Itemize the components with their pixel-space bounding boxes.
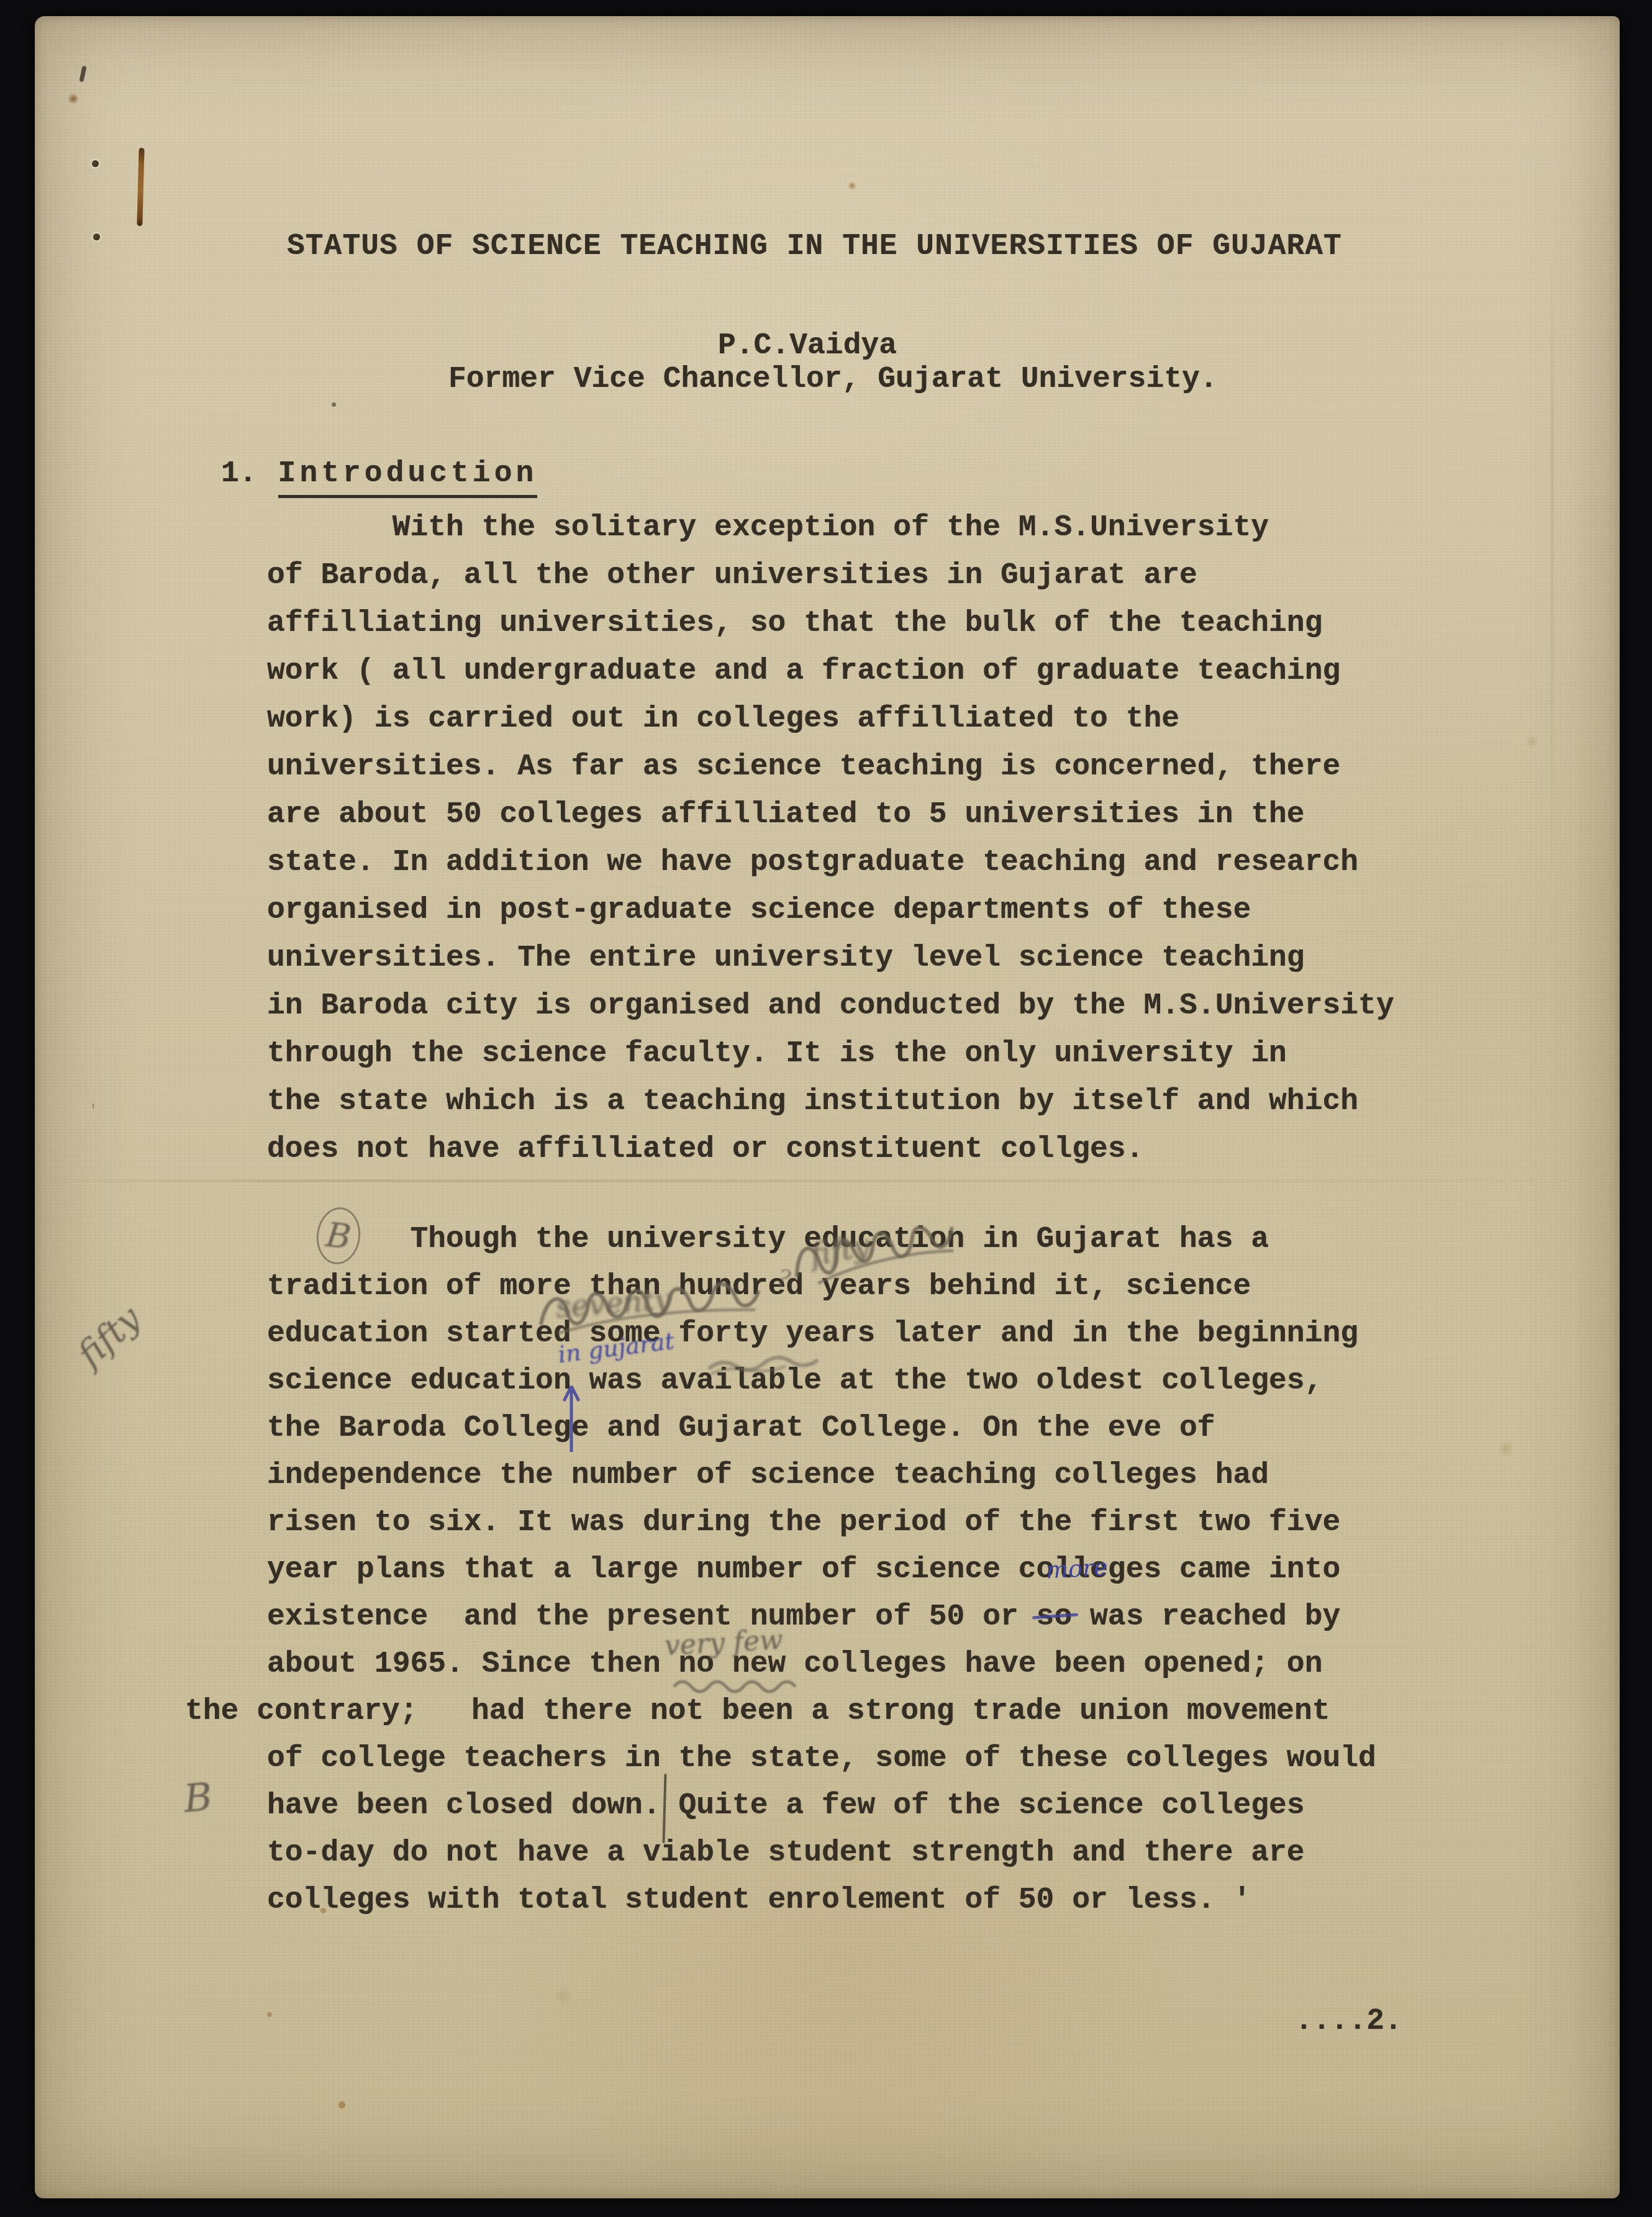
author-role: Former Vice Chancellor, Gujarat Universi… — [448, 363, 1218, 396]
text-line: universities. As far as science teaching… — [267, 743, 1394, 791]
margin-mark-b: B — [182, 1774, 214, 1821]
paper-crease-horizontal — [37, 1180, 1617, 1182]
text-line: through the science faculty. It is the o… — [267, 1030, 1394, 1078]
text-line: education started some forty years later… — [267, 1310, 1376, 1358]
paper-crease-vertical — [1551, 261, 1553, 869]
text-line: to-day do not have a viable student stre… — [267, 1829, 1376, 1877]
text-line: organised in post-graduate science depar… — [267, 887, 1394, 935]
pencil-speck: ' — [91, 1100, 96, 1122]
text-line: have been closed down. Quite a few of th… — [267, 1782, 1376, 1829]
scan-photo: { "doc": { "title": "STATUS OF SCIENCE T… — [0, 0, 1652, 2217]
staple-hole — [92, 160, 99, 167]
text-line: affilliating universities, so that the b… — [267, 600, 1394, 648]
pencil-letter-b: B — [324, 1215, 353, 1256]
text-line: of Baroda, all the other universities in… — [267, 552, 1394, 600]
blue-replace-more: more — [1045, 1553, 1109, 1584]
section-number: 1. — [221, 457, 257, 491]
pencil-smudge-icon — [705, 1353, 826, 1377]
text-line: work) is carried out in colleges affilli… — [267, 696, 1394, 743]
text-line: the Baroda College and Gujarat College. … — [267, 1405, 1376, 1452]
text-line: independence the number of science teach… — [267, 1452, 1376, 1499]
text-line: of college teachers in the state, some o… — [267, 1735, 1376, 1782]
text-line: the state which is a teaching institutio… — [267, 1078, 1394, 1126]
text-line: the contrary; had there not been a stron… — [185, 1688, 1376, 1735]
text-line: are about 50 colleges affilliated to 5 u… — [267, 791, 1394, 839]
pencil-underline-squiggle-icon — [671, 1677, 807, 1694]
text-line: work ( all undergraduate and a fraction … — [267, 648, 1394, 696]
text-line: universities. The entire university leve… — [267, 935, 1394, 982]
text-line: colleges with total student enrolement o… — [267, 1877, 1376, 1924]
text-line: state. In addition we have postgraduate … — [267, 839, 1394, 887]
ink-speck — [332, 402, 336, 407]
section-heading: Introduction — [278, 457, 538, 498]
text-line: year plans that a large number of scienc… — [267, 1546, 1376, 1594]
text-line: With the solitary exception of the M.S.U… — [267, 504, 1394, 552]
staple-hole — [93, 233, 100, 240]
document-title: STATUS OF SCIENCE TEACHING IN THE UNIVER… — [287, 230, 1342, 263]
text-line: in Baroda city is organised and conducte… — [267, 982, 1394, 1030]
text-line: does not have affilliated or constituent… — [267, 1126, 1394, 1174]
author-name: P.C.Vaidya — [718, 329, 897, 363]
page-number: ....2. — [1295, 2005, 1402, 2038]
text-line: existence and the present number of 50 o… — [267, 1594, 1376, 1641]
pencil-note-very-few: very few — [664, 1624, 784, 1662]
text-line: about 1965. Since then no new colleges h… — [267, 1641, 1376, 1688]
text-line: risen to six. It was during the period o… — [267, 1499, 1376, 1546]
caret-arrow-icon — [559, 1379, 584, 1454]
paragraph-history: Though the university education in Gujar… — [267, 1216, 1376, 1924]
paragraph-introduction: With the solitary exception of the M.S.U… — [267, 504, 1394, 1174]
